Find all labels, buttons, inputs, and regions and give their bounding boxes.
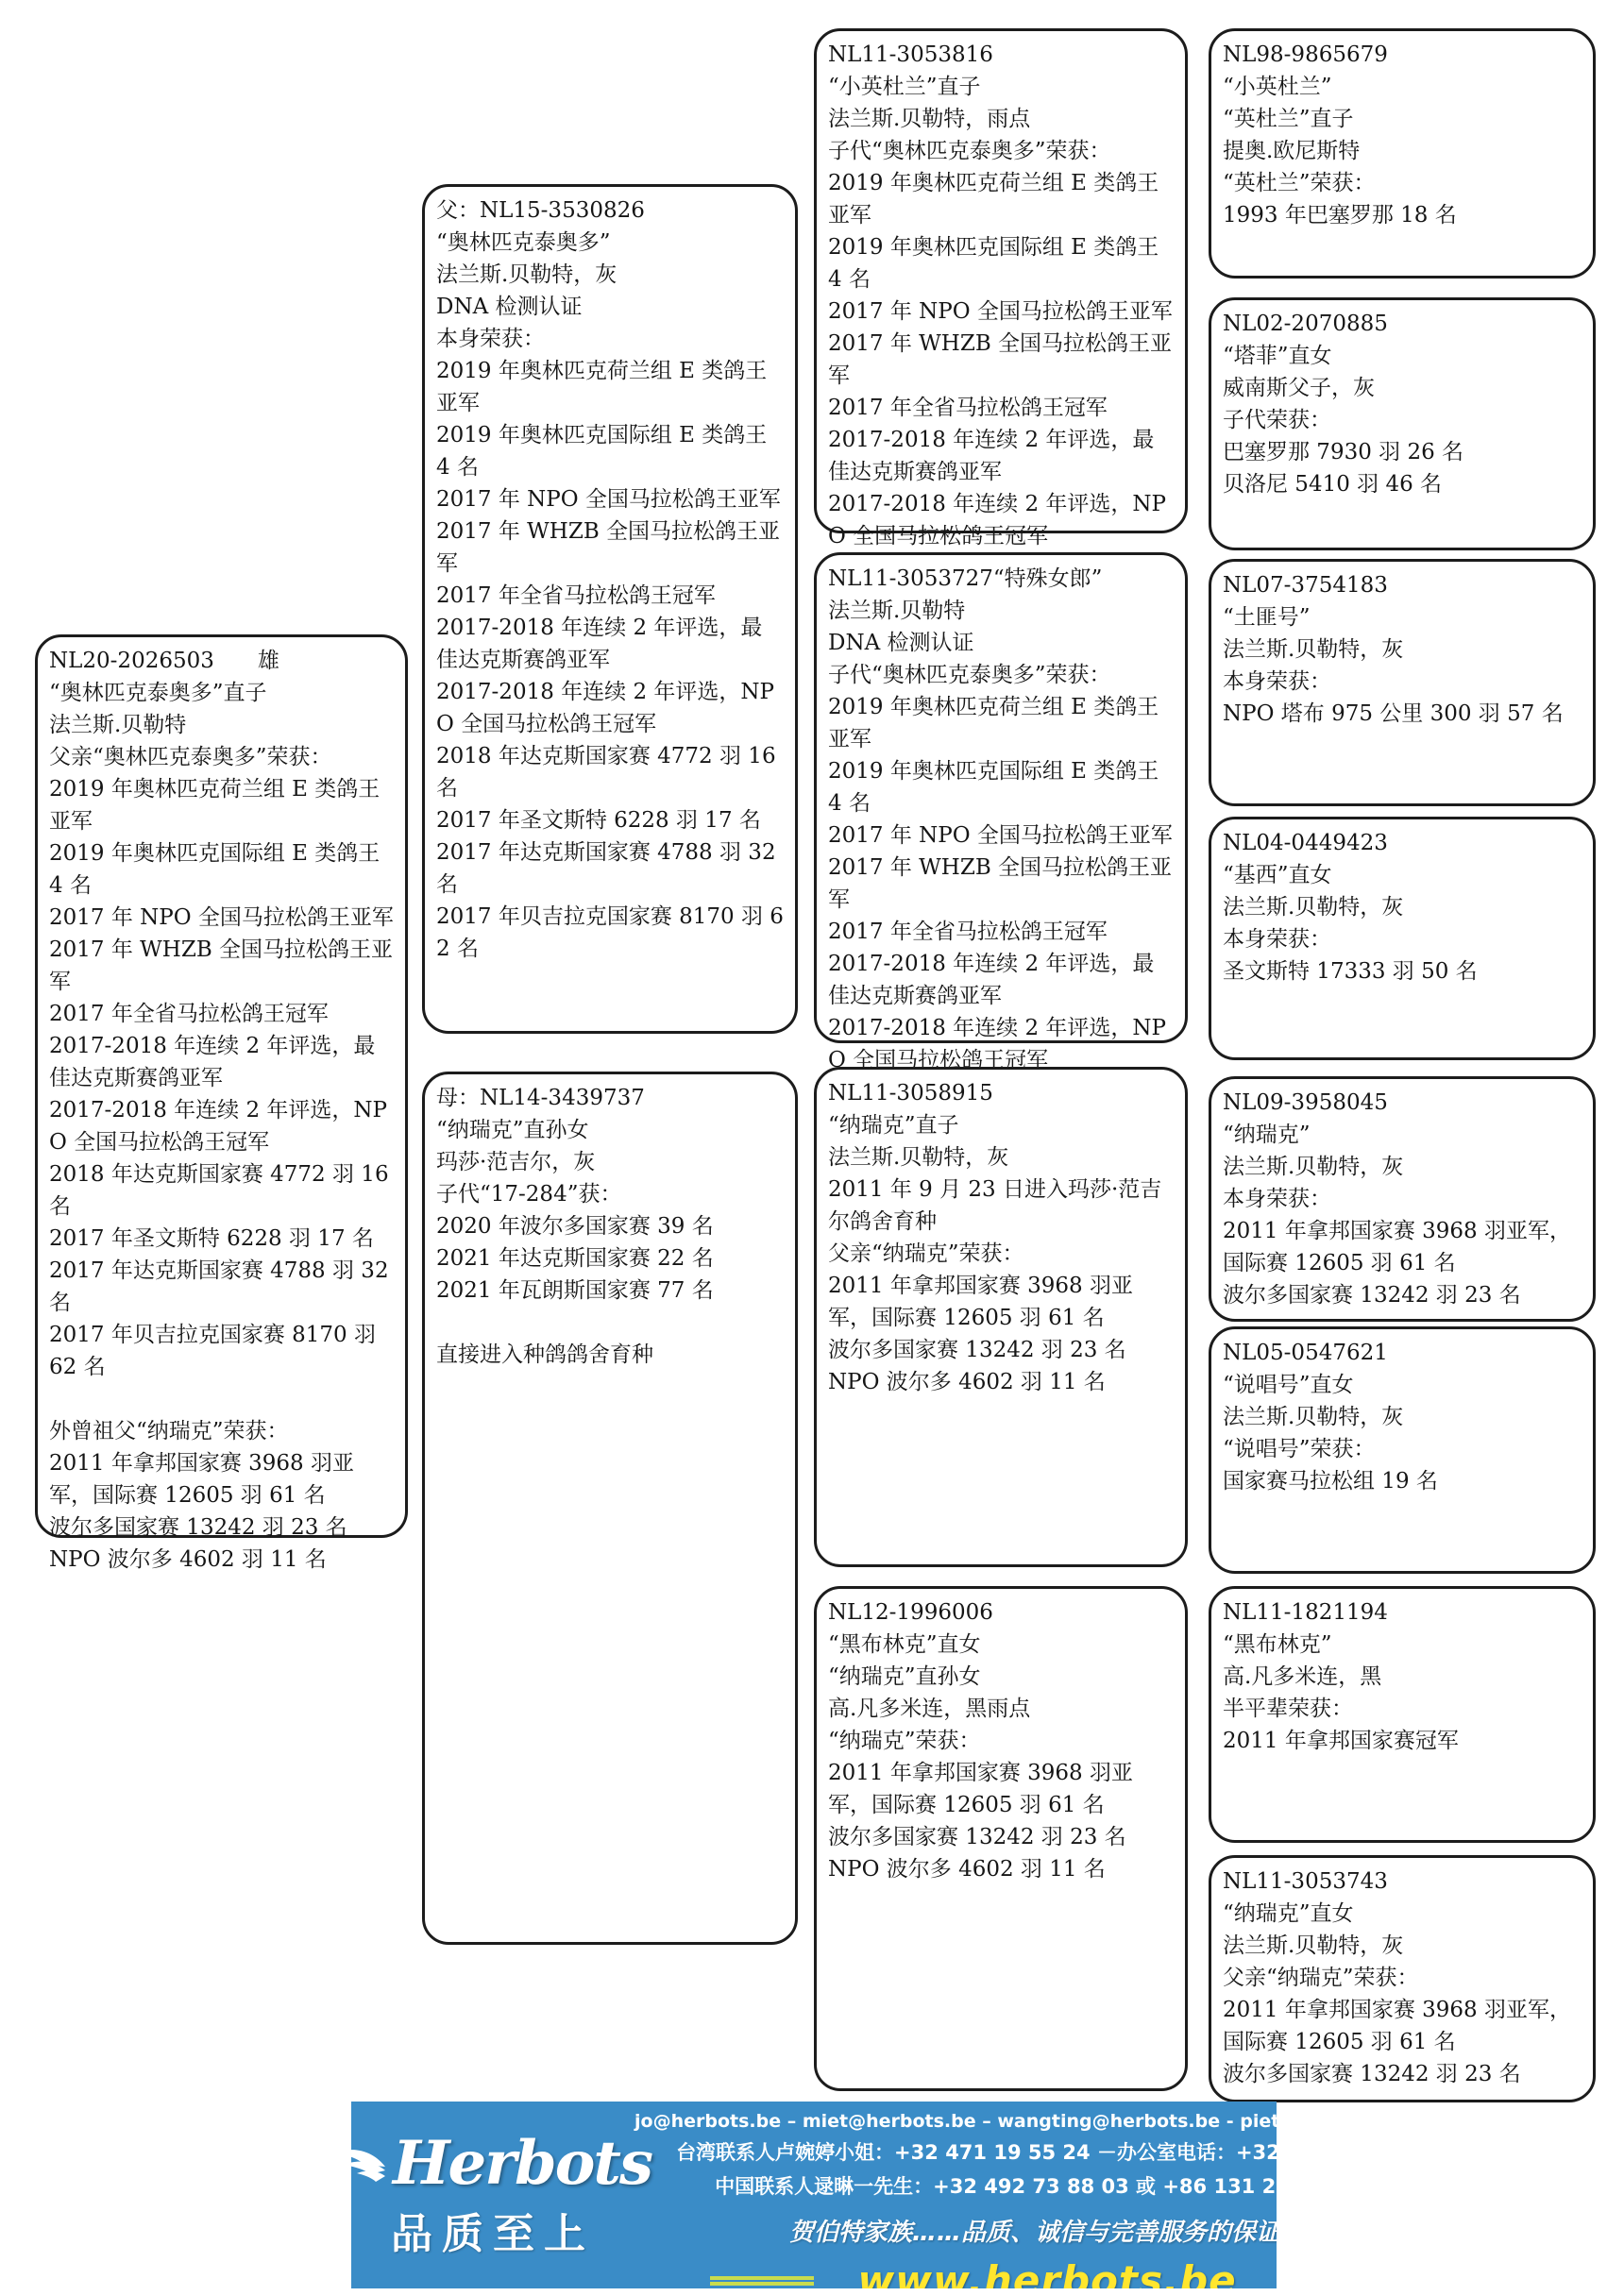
text-line: “纳瑞克”直孙女: [828, 1661, 1174, 1693]
text-line: 2011 年 9 月 23 日进入玛莎·范吉尔鸽舍育种: [828, 1173, 1174, 1238]
text-line: 法兰斯.贝勒特: [828, 595, 1174, 627]
text-line: 1993 年巴塞罗那 18 名: [1223, 199, 1582, 231]
text-line: 2011 年拿邦国家赛 3968 羽亚军，国际赛 12605 羽 61 名: [1223, 1994, 1582, 2058]
text-line: 国家赛马拉松组 19 名: [1223, 1465, 1582, 1497]
text-line: 2017 年达克斯国家赛 4788 羽 32 名: [49, 1255, 394, 1319]
text-line: 波尔多国家赛 13242 羽 23 名: [1223, 1279, 1582, 1311]
text-line: 子代“奥林匹克泰奥多”荣获：: [828, 659, 1174, 691]
text-line: 半平辈荣获：: [1223, 1693, 1582, 1725]
text-line: 2017-2018 年连续 2 年评选，最佳达克斯赛鸽亚军: [828, 948, 1174, 1012]
banner-phone-china: 中国联系人逯晽一先生：+32 492 73 88 03 或 +86 131 20…: [715, 2171, 1277, 2200]
text-line: 2019 年奥林匹克国际组 E 类鸽王 4 名: [49, 837, 394, 902]
text-line: “奥林匹克泰奥多”直子: [49, 677, 394, 709]
text-line: NL11-1821194: [1223, 1596, 1582, 1629]
text-line: 2017 年达克斯国家赛 4788 羽 32 名: [436, 836, 784, 901]
text-line: 2017 年全省马拉松鸽王冠军: [436, 580, 784, 612]
text-line: 母：NL14-3439737: [436, 1082, 784, 1114]
text-line: NL11-3053743: [1223, 1865, 1582, 1898]
text-line: 法兰斯.贝勒特: [49, 709, 394, 741]
text-line: 父亲“奥林匹克泰奥多”荣获：: [49, 741, 394, 773]
text-line: 2018 年达克斯国家赛 4772 羽 16 名: [436, 740, 784, 804]
text-line: 父：NL15-3530826: [436, 194, 784, 227]
text-line: “黑布林克”直女: [828, 1629, 1174, 1661]
text-line: “纳瑞克”荣获：: [828, 1725, 1174, 1757]
text-line: 2017-2018 年连续 2 年评选，NPO 全国马拉松鸽王冠军: [49, 1094, 394, 1158]
text-line: 2017-2018 年连续 2 年评选，最佳达克斯赛鸽亚军: [49, 1030, 394, 1094]
text-line: “基西”直女: [1223, 859, 1582, 891]
text-line: 本身荣获：: [436, 323, 784, 355]
herbots-banner: Herbots 品质至上 jo@herbots.be – miet@herbot…: [351, 2102, 1277, 2288]
text-line: 2011 年拿邦国家赛 3968 羽亚军，国际赛 12605 羽 61 名: [828, 1757, 1174, 1821]
text-line: NL98-9865679: [1223, 39, 1582, 71]
text-line: “纳瑞克”直女: [1223, 1898, 1582, 1930]
text-line: 波尔多国家赛 13242 羽 23 名: [828, 1821, 1174, 1853]
pedigree-box-grandparent-1: NL11-3053816“小英杜兰”直子法兰斯.贝勒特，雨点子代“奥林匹克泰奥多…: [814, 28, 1188, 533]
text-line: 父亲“纳瑞克”荣获：: [1223, 1962, 1582, 1994]
text-line: 波尔多国家赛 13242 羽 23 名: [49, 1511, 394, 1544]
text-line: DNA 检测认证: [828, 627, 1174, 659]
pedigree-box-greatgrandparent-2: NL02-2070885“塔菲”直女威南斯父子，灰子代荣获：巴塞罗那 7930 …: [1209, 297, 1596, 550]
pedigree-box-greatgrandparent-5: NL09-3958045“纳瑞克”法兰斯.贝勒特，灰本身荣获：2011 年拿邦国…: [1209, 1076, 1596, 1322]
text-line: “纳瑞克”直子: [828, 1109, 1174, 1141]
pedigree-box-greatgrandparent-4: NL04-0449423“基西”直女法兰斯.贝勒特，灰本身荣获：圣文斯特 173…: [1209, 817, 1596, 1060]
text-line: 巴塞罗那 7930 羽 26 名: [1223, 436, 1582, 468]
pedigree-box-father: 父：NL15-3530826“奥林匹克泰奥多”法兰斯.贝勒特，灰DNA 检测认证…: [422, 184, 798, 1034]
herbots-logo-subtitle: 品质至上: [391, 2200, 595, 2260]
text-line: 贝洛尼 5410 羽 46 名: [1223, 468, 1582, 500]
text-line: 2019 年奥林匹克荷兰组 E 类鸽王亚军: [436, 355, 784, 419]
text-line: 子代“17-284”获：: [436, 1178, 784, 1210]
herbots-banner-content: jo@herbots.be – miet@herbots.be – wangti…: [634, 2102, 1277, 2288]
text-line: “纳瑞克”: [1223, 1119, 1582, 1151]
pedigree-box-greatgrandparent-6: NL05-0547621“说唱号”直女法兰斯.贝勒特，灰“说唱号”荣获：国家赛马…: [1209, 1326, 1596, 1574]
text-line: NL20-2026503 雄: [49, 645, 394, 677]
banner-emails: jo@herbots.be – miet@herbots.be – wangti…: [634, 2111, 1277, 2132]
text-line: [436, 1307, 784, 1339]
text-line: 高.凡多米连，黑: [1223, 1661, 1582, 1693]
text-line: 玛莎·范吉尔，灰: [436, 1146, 784, 1178]
pedigree-box-grandparent-4: NL12-1996006“黑布林克”直女“纳瑞克”直孙女高.凡多米连，黑雨点“纳…: [814, 1586, 1188, 2091]
text-line: 2017 年圣文斯特 6228 羽 17 名: [436, 804, 784, 836]
text-line: 2020 年波尔多国家赛 39 名: [436, 1210, 784, 1242]
text-line: “小英杜兰”直子: [828, 71, 1174, 103]
text-line: 2017 年 WHZB 全国马拉松鸽王亚军: [828, 852, 1174, 916]
pedigree-page: NL20-2026503 雄“奥林匹克泰奥多”直子法兰斯.贝勒特父亲“奥林匹克泰…: [0, 0, 1624, 2296]
text-line: 父亲“纳瑞克”荣获：: [828, 1238, 1174, 1270]
text-line: 提奥.欧尼斯特: [1223, 135, 1582, 167]
text-line: 2017 年贝吉拉克国家赛 8170 羽 62 名: [436, 901, 784, 965]
text-line: 2017 年 NPO 全国马拉松鸽王亚军: [436, 483, 784, 515]
text-line: 2019 年奥林匹克国际组 E 类鸽王 4 名: [828, 231, 1174, 295]
text-line: NL12-1996006: [828, 1596, 1174, 1629]
text-line: 2011 年拿邦国家赛冠军: [1223, 1725, 1582, 1757]
text-line: 本身荣获：: [1223, 1183, 1582, 1215]
text-line: “说唱号”荣获：: [1223, 1433, 1582, 1465]
text-line: 2017 年 WHZB 全国马拉松鸽王亚军: [49, 934, 394, 998]
pedigree-box-grandparent-3: NL11-3058915“纳瑞克”直子法兰斯.贝勒特，灰2011 年 9 月 2…: [814, 1067, 1188, 1567]
text-line: 法兰斯.贝勒特，灰: [1223, 1151, 1582, 1183]
text-line: 2017-2018 年连续 2 年评选，最佳达克斯赛鸽亚军: [436, 612, 784, 676]
text-line: 圣文斯特 17333 羽 50 名: [1223, 955, 1582, 988]
text-line: NL04-0449423: [1223, 827, 1582, 859]
text-line: 2017 年全省马拉松鸽王冠军: [49, 998, 394, 1030]
text-line: 2017-2018 年连续 2 年评选，NPO 全国马拉松鸽王冠军: [436, 676, 784, 740]
text-line: 2017-2018 年连续 2 年评选，NPO 全国马拉松鸽王冠军: [828, 488, 1174, 552]
text-line: 2017 年 NPO 全国马拉松鸽王亚军: [828, 819, 1174, 852]
text-line: “小英杜兰”: [1223, 71, 1582, 103]
pedigree-box-greatgrandparent-1: NL98-9865679“小英杜兰”“英杜兰”直子提奥.欧尼斯特“英杜兰”荣获：…: [1209, 28, 1596, 279]
text-line: NL11-3053727“特殊女郎”: [828, 563, 1174, 595]
text-line: 2017 年 WHZB 全国马拉松鸽王亚军: [436, 515, 784, 580]
banner-slogan: 贺伯特家族……品质、诚信与完善服务的保证。: [789, 2213, 1277, 2248]
text-line: 法兰斯.贝勒特，雨点: [828, 103, 1174, 135]
text-line: 法兰斯.贝勒特，灰: [1223, 891, 1582, 923]
text-line: “纳瑞克”直孙女: [436, 1114, 784, 1146]
text-line: 2017-2018 年连续 2 年评选，最佳达克斯赛鸽亚军: [828, 424, 1174, 488]
text-line: 2019 年奥林匹克国际组 E 类鸽王 4 名: [436, 419, 784, 483]
text-line: 法兰斯.贝勒特，灰: [1223, 633, 1582, 666]
text-line: DNA 检测认证: [436, 291, 784, 323]
pedigree-box-greatgrandparent-8: NL11-3053743“纳瑞克”直女法兰斯.贝勒特，灰父亲“纳瑞克”荣获：20…: [1209, 1855, 1596, 2102]
text-line: 2017 年 NPO 全国马拉松鸽王亚军: [49, 902, 394, 934]
text-line: 2017 年贝吉拉克国家赛 8170 羽 62 名: [49, 1319, 394, 1383]
herbots-wing-icon: [351, 2138, 389, 2189]
text-line: 外曾祖父“纳瑞克”荣获：: [49, 1415, 394, 1447]
text-line: 法兰斯.贝勒特，灰: [436, 259, 784, 291]
text-line: 波尔多国家赛 13242 羽 23 名: [1223, 2058, 1582, 2090]
text-line: 2017 年 NPO 全国马拉松鸽王亚军: [828, 295, 1174, 328]
text-line: 2021 年达克斯国家赛 22 名: [436, 1242, 784, 1275]
text-line: 子代荣获：: [1223, 404, 1582, 436]
pedigree-box-mother: 母：NL14-3439737“纳瑞克”直孙女玛莎·范吉尔，灰子代“17-284”…: [422, 1072, 798, 1945]
text-line: NL11-3053816: [828, 39, 1174, 71]
text-line: 2021 年瓦朗斯国家赛 77 名: [436, 1275, 784, 1307]
text-line: NPO 波尔多 4602 羽 11 名: [828, 1853, 1174, 1885]
text-line: 本身荣获：: [1223, 666, 1582, 698]
text-line: 2018 年达克斯国家赛 4772 羽 16 名: [49, 1158, 394, 1223]
pedigree-box-main: NL20-2026503 雄“奥林匹克泰奥多”直子法兰斯.贝勒特父亲“奥林匹克泰…: [35, 634, 408, 1538]
text-line: 高.凡多米连，黑雨点: [828, 1693, 1174, 1725]
text-line: 2011 年拿邦国家赛 3968 羽亚军，国际赛 12605 羽 61 名: [49, 1447, 394, 1511]
text-line: [49, 1383, 394, 1415]
text-line: 2019 年奥林匹克国际组 E 类鸽王 4 名: [828, 755, 1174, 819]
text-line: 2017 年全省马拉松鸽王冠军: [828, 916, 1174, 948]
text-line: 子代“奥林匹克泰奥多”荣获：: [828, 135, 1174, 167]
text-line: “黑布林克”: [1223, 1629, 1582, 1661]
text-line: “塔菲”直女: [1223, 340, 1582, 372]
text-line: NL05-0547621: [1223, 1337, 1582, 1369]
text-line: “英杜兰”直子: [1223, 103, 1582, 135]
text-line: 法兰斯.贝勒特，灰: [828, 1141, 1174, 1173]
herbots-logo-text: Herbots: [393, 2134, 651, 2194]
text-line: 威南斯父子，灰: [1223, 372, 1582, 404]
text-line: NL07-3754183: [1223, 569, 1582, 601]
text-line: NL02-2070885: [1223, 308, 1582, 340]
herbots-logo-block: Herbots 品质至上: [351, 2102, 634, 2288]
text-line: 法兰斯.贝勒特，灰: [1223, 1930, 1582, 1962]
text-line: NL09-3958045: [1223, 1087, 1582, 1119]
banner-website-link[interactable]: www.herbots.be: [857, 2257, 1236, 2288]
text-line: “英杜兰”荣获：: [1223, 167, 1582, 199]
text-line: 2011 年拿邦国家赛 3968 羽亚军，国际赛 12605 羽 61 名: [828, 1270, 1174, 1334]
text-line: NPO 塔布 975 公里 300 羽 57 名: [1223, 698, 1582, 730]
banner-phone-taiwan: 台湾联系人卢婉婷小姐：+32 471 19 55 24 －办公室电话：+32 1…: [676, 2137, 1277, 2166]
text-line: 2011 年拿邦国家赛 3968 羽亚军，国际赛 12605 羽 61 名: [1223, 1215, 1582, 1279]
text-line: 2019 年奥林匹克荷兰组 E 类鸽王亚军: [828, 691, 1174, 755]
text-line: 2017 年 WHZB 全国马拉松鸽王亚军: [828, 328, 1174, 392]
text-line: “土匪号”: [1223, 601, 1582, 633]
text-line: 法兰斯.贝勒特，灰: [1223, 1401, 1582, 1433]
pedigree-box-greatgrandparent-7: NL11-1821194“黑布林克”高.凡多米连，黑半平辈荣获：2011 年拿邦…: [1209, 1586, 1596, 1843]
text-line: 2019 年奥林匹克荷兰组 E 类鸽王亚军: [49, 773, 394, 837]
text-line: 波尔多国家赛 13242 羽 23 名: [828, 1334, 1174, 1366]
text-line: “奥林匹克泰奥多”: [436, 227, 784, 259]
text-line: 2017 年圣文斯特 6228 羽 17 名: [49, 1223, 394, 1255]
pedigree-box-greatgrandparent-3: NL07-3754183“土匪号”法兰斯.贝勒特，灰本身荣获：NPO 塔布 97…: [1209, 559, 1596, 806]
text-line: NPO 波尔多 4602 羽 11 名: [49, 1544, 394, 1576]
text-line: 本身荣获：: [1223, 923, 1582, 955]
url-divider-left: [710, 2276, 814, 2286]
pedigree-box-grandparent-2: NL11-3053727“特殊女郎”法兰斯.贝勒特DNA 检测认证子代“奥林匹克…: [814, 552, 1188, 1043]
text-line: “说唱号”直女: [1223, 1369, 1582, 1401]
text-line: NPO 波尔多 4602 羽 11 名: [828, 1366, 1174, 1398]
text-line: 2019 年奥林匹克荷兰组 E 类鸽王亚军: [828, 167, 1174, 231]
text-line: 直接进入种鸽鸽舍育种: [436, 1339, 784, 1371]
text-line: 2017 年全省马拉松鸽王冠军: [828, 392, 1174, 424]
text-line: NL11-3058915: [828, 1077, 1174, 1109]
